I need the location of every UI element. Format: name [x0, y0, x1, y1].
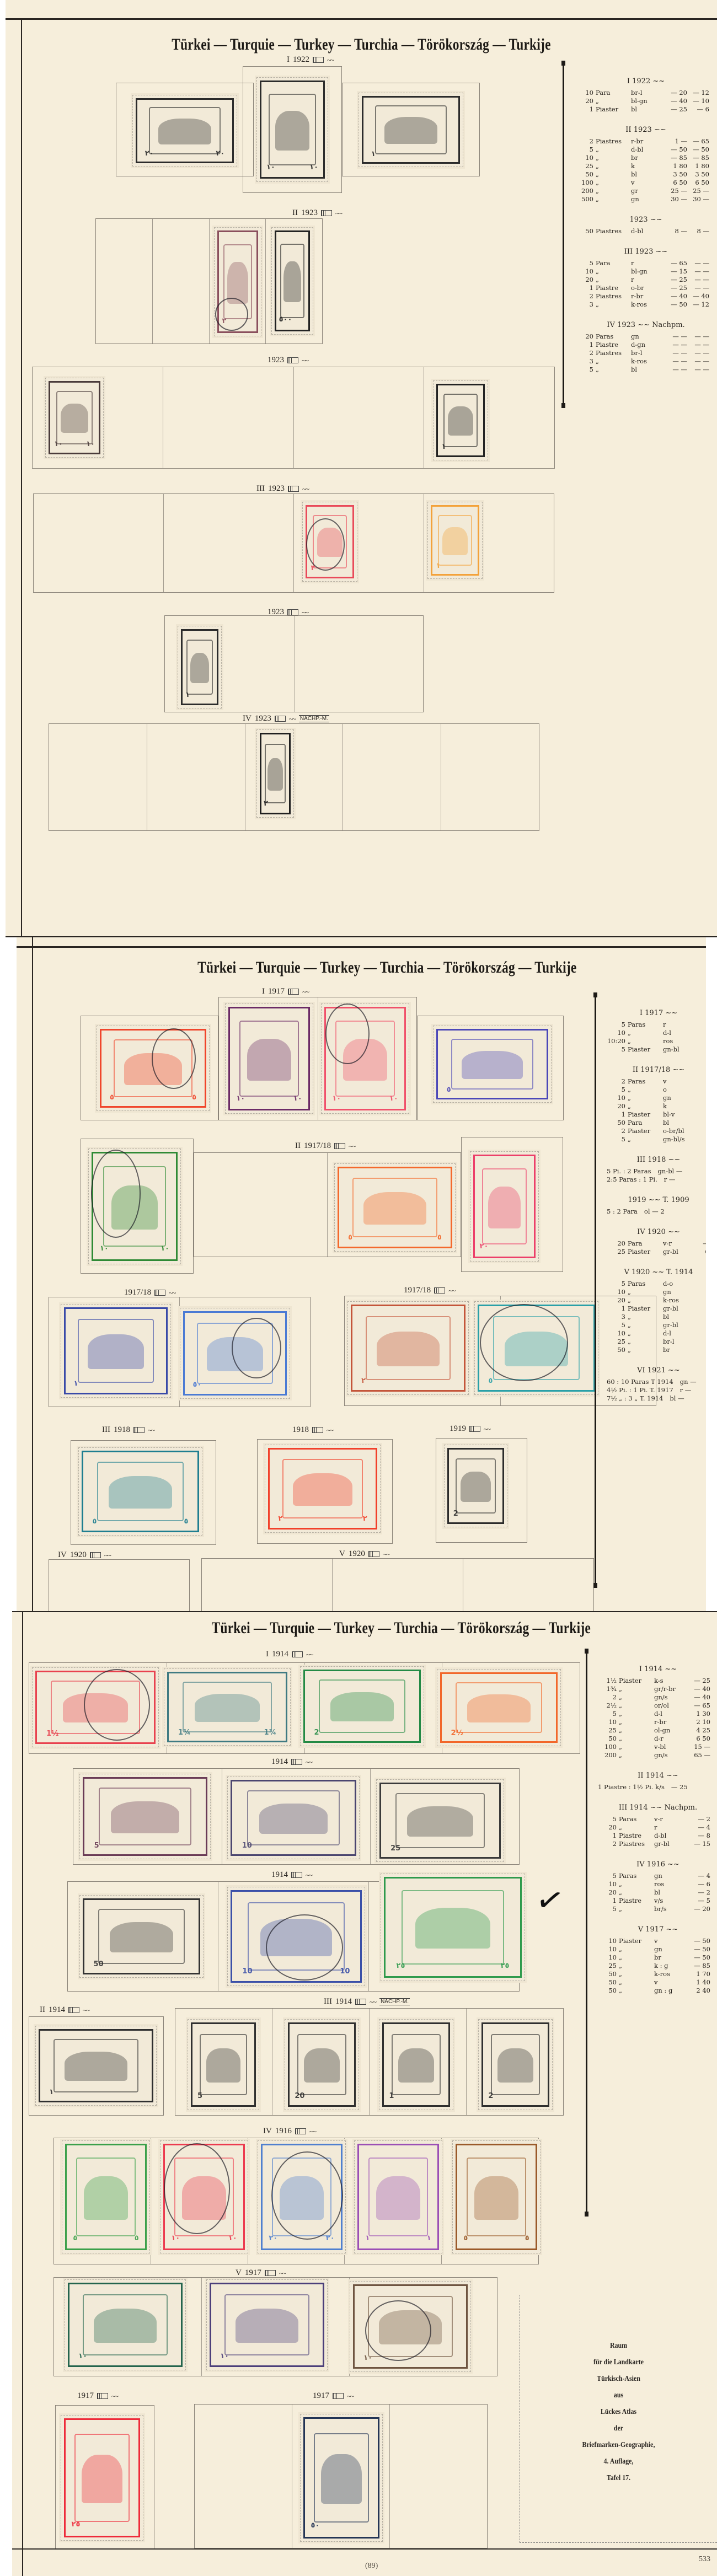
set-header: IV1916~~ — [263, 2127, 316, 2136]
perforation-icon — [154, 1290, 165, 1296]
catalog-row: 10„br— 50— — [598, 1954, 717, 1962]
stamp[interactable]: ٥٥ — [97, 1026, 210, 1111]
stamp[interactable]: ١١ — [354, 2140, 442, 2253]
catalog-group: I 1917 ~~5Parasr—210„d-l—210:20„ros—35Pi… — [607, 1009, 706, 1054]
catalog-row: 10Parabr-l— 20— 12 — [575, 89, 717, 97]
watermark-icon: ~~ — [148, 1426, 154, 1435]
stamp[interactable]: ١٠ — [206, 2279, 328, 2370]
perforation-icon — [355, 1999, 366, 2005]
catalog-row: 50„bl3 503 50 — [575, 170, 717, 179]
catalog-row: 1½Piasterk-s— 25— — [598, 1677, 717, 1685]
page-left-rule — [21, 18, 22, 937]
catalog-group-title: I 1922 ~~ — [575, 77, 717, 85]
set-header: IV1923~~NACHP.-M. — [243, 714, 329, 723]
catalog-group: II 1914 ~~1 Piastre : 1½ Pi. k/s— 25 — [598, 1772, 717, 1791]
watermark-icon: ~~ — [484, 1425, 490, 1434]
watermark-icon: ~~ — [104, 1551, 111, 1560]
perforation-icon — [295, 2128, 306, 2134]
catalog-group-title: I 1917 ~~ — [607, 1009, 706, 1017]
perforation-icon — [288, 989, 299, 995]
catalog-row: 50„d-r6 502 — [598, 1735, 717, 1743]
stamp[interactable]: ٥٠ — [300, 2414, 383, 2542]
perforation-icon — [265, 2270, 276, 2276]
set-header: V1920~~ — [339, 1549, 389, 1559]
catalog-row: 2„gn/s— 40— — [598, 1693, 717, 1702]
stamp[interactable]: ١ — [433, 380, 488, 460]
stamp-row-frame — [201, 1558, 594, 1616]
catalog-group: II 1917/18 ~~2Parasv—25„o—210„gn—220„k—2… — [607, 1066, 706, 1144]
watermark-icon: ~~ — [309, 2127, 316, 2136]
catalog-row: 5„o—2 — [607, 1086, 706, 1094]
stamp[interactable]: 2½ — [437, 1669, 561, 1746]
stamp[interactable]: ١ — [61, 1304, 171, 1398]
catalog-row: 100„v-bl15 —5 — [598, 1743, 717, 1751]
stamp[interactable]: ١٠١٠ — [45, 378, 104, 458]
catalog-row: 50Piastresd-bl8 —8 — — [575, 227, 717, 235]
page-number: (89) — [365, 2562, 378, 2570]
page-title: Türkei — Turquie — Turkey — Turchia — Tö… — [93, 958, 630, 977]
catalog-row: 20„bl— 2— — [598, 1888, 717, 1897]
map-placeholder: Raumfür die LandkarteTürkisch-AsienausLü… — [520, 2295, 717, 2543]
stamp[interactable]: 20 — [285, 2019, 359, 2110]
catalog-row: 5„d-bl— 50— 50 — [575, 146, 717, 154]
catalog-group: IV 1916 ~~5Parasgn— 4—10„ros— 6—20„bl— 2… — [598, 1860, 717, 1913]
perforation-icon — [312, 1427, 323, 1433]
catalog-row: 5„gn-bl/s—15 — [607, 1135, 706, 1144]
catalog-row: 5„br/s— 20— — [598, 1905, 717, 1913]
watermark-icon: ~~ — [306, 1758, 312, 1767]
catalog-row: 10Piasterv— 50— — [598, 1937, 717, 1945]
perforation-icon — [321, 210, 332, 216]
catalog-row: 7½ „ : 3 „ T. 1914bl — — [607, 1394, 706, 1403]
set-header: III1914~~NACHP.-M. — [324, 1997, 410, 2006]
catalog-row: 10„gn— 50— — [598, 1945, 717, 1954]
catalog-row: 10„ros— 6— — [598, 1880, 717, 1888]
catalog-row: 2Piastresr-br1 —— 65 — [575, 137, 717, 146]
stamp[interactable]: ٢٢ — [265, 1445, 381, 1533]
album-page-1917-1921: Türkei — Turquie — Turkey — Turchia — Tö… — [17, 937, 706, 1616]
set-header: 1917~~ — [313, 2391, 354, 2401]
catalog-price-list: I 1914 ~~1½Piasterk-s— 25—1¾„gr/r-br— 40… — [586, 1649, 717, 2217]
page-top-rule — [6, 18, 717, 20]
stamp[interactable]: ٥٥ — [334, 1163, 456, 1252]
catalog-row: 500„gn30 —30 — — [575, 195, 717, 203]
set-header: 1917/18~~ — [404, 1286, 455, 1295]
set-header: 1917/18~~ — [124, 1288, 175, 1297]
catalog-row: 1Piasterbl— 25— 6 — [575, 105, 717, 114]
catalog-price-list: I 1917 ~~5Parasr—210„d-l—210:20„ros—35Pi… — [595, 992, 706, 1588]
stamp[interactable]: ٢ — [347, 1301, 469, 1395]
perforation-icon — [90, 1552, 101, 1558]
catalog-row: 1Piastreo-br— 25— — — [575, 284, 717, 292]
perforation-icon — [313, 57, 324, 63]
perforation-icon — [291, 1759, 302, 1765]
catalog-group: II 1923 ~~2Piastresr-br1 —— 655„d-bl— 50… — [575, 126, 717, 203]
watermark-icon: ~~ — [306, 1871, 312, 1880]
stamp[interactable]: ١ — [427, 502, 483, 579]
catalog-group-title: IV 1923 ~~ Nachpm. — [575, 321, 717, 329]
watermark-icon: ~~ — [302, 988, 309, 996]
catalog-group-title: I 1914 ~~ — [598, 1665, 717, 1673]
page-top-rule — [17, 946, 706, 948]
catalog-row: 10„d-l—40 — [607, 1329, 706, 1338]
stamp[interactable]: ٥ — [433, 1026, 552, 1103]
stamp[interactable]: ٥ — [474, 1301, 598, 1395]
stamp[interactable]: ٥٥ — [78, 1447, 202, 1536]
page-left-rule — [32, 937, 33, 1616]
perforation-icon — [287, 357, 298, 363]
stamp[interactable]: 25 — [376, 1779, 504, 1862]
catalog-group-title: III 1914 ~~ Nachpm. — [598, 1804, 717, 1812]
catalog-row: 25„ol-gn4 251 — [598, 1726, 717, 1735]
catalog-group-title: 1919 ~~ T. 1909 — [607, 1196, 706, 1204]
stamp[interactable]: 50 — [79, 1895, 204, 1978]
watermark-icon: ~~ — [448, 1286, 455, 1295]
watermark-icon: ~~ — [302, 485, 309, 493]
stamp[interactable]: ٢٠٢٠ — [132, 95, 237, 167]
catalog-group-title: II 1923 ~~ — [575, 126, 717, 134]
catalog-row: 50„v1 40— — [598, 1978, 717, 1987]
catalog-group: IV 1920 ~~20Parav-r— 1525Piastergr-bl6 5… — [607, 1228, 706, 1256]
set-header: I1917~~ — [262, 987, 309, 996]
catalog-row: 3„k-ros— —— — — [575, 357, 717, 366]
catalog-row: 3„bl—12 — [607, 1313, 706, 1321]
catalog-row: 5„d-l1 30— — [598, 1710, 717, 1718]
watermark-icon: ~~ — [327, 1426, 333, 1435]
page-title: Türkei — Turquie — Turkey — Turchia — Tö… — [90, 1619, 640, 1638]
check-mark: ✓ — [532, 1879, 568, 1923]
catalog-group: IV 1923 ~~ Nachpm.20Parasgn— —— —1Piastr… — [575, 321, 717, 374]
watermark-icon: ~~ — [279, 2269, 286, 2278]
perforation-icon — [275, 716, 286, 722]
catalog-row: 1¾„gr/r-br— 40— — [598, 1685, 717, 1693]
catalog-group: I 1922 ~~10Parabr-l— 20— 1220„bl-gn— 40—… — [575, 77, 717, 114]
set-header: II1914~~ — [40, 2005, 89, 2015]
album-page-1923: Türkei — Turquie — Turkey — Turchia — Tö… — [6, 0, 717, 937]
set-header: I1922~~ — [287, 55, 334, 65]
catalog-row: 20Parav-r— 15 — [607, 1239, 706, 1248]
perforation-icon — [68, 2007, 79, 2013]
catalog-group: III 1918 ~~5 Pi. : 2 Parasgn-bl —2:5 Par… — [607, 1156, 706, 1184]
catalog-group: V 1917 ~~10Piasterv— 50—10„gn— 50—10„br—… — [598, 1925, 717, 1995]
catalog-row: 50Parabl—6 — [607, 1119, 706, 1127]
catalog-price-list: I 1922 ~~10Parabr-l— 20— 1220„bl-gn— 40—… — [563, 61, 717, 408]
perforation-icon — [368, 1551, 379, 1557]
stamp[interactable]: 1010 — [227, 1887, 365, 1986]
catalog-row: 1Piastred-gn— —— — — [575, 341, 717, 349]
perforation-icon — [334, 1143, 345, 1149]
catalog-group: III 1923 ~~5Parar— 65— —10„bl-gn— 15— —2… — [575, 248, 717, 309]
watermark-icon: ~~ — [306, 1650, 313, 1659]
perforation-icon — [133, 1427, 145, 1433]
stamp[interactable]: ٢ — [256, 729, 294, 818]
stamp[interactable]: ١ — [35, 2026, 157, 2106]
stamp[interactable]: ١٠ — [65, 2279, 186, 2370]
catalog-group-title: IV 1920 ~~ — [607, 1228, 706, 1236]
perforation-icon — [287, 609, 298, 615]
catalog-group: VI 1921 ~~60 : 10 Paras T 1914gn —4½ Pi.… — [607, 1366, 706, 1403]
catalog-row: 60 : 10 Paras T 1914gn — — [607, 1378, 706, 1386]
stamp-space — [49, 1559, 190, 1616]
catalog-row: 10„d-l—2 — [607, 1029, 706, 1037]
catalog-row: 4½ Pi. : 1 Pi. T. 1917r — — [607, 1386, 706, 1394]
catalog-row: 10„br— 85— 85 — [575, 154, 717, 162]
stamp[interactable]: ٥٠ — [180, 1308, 290, 1399]
catalog-group-title: III 1923 ~~ — [575, 248, 717, 256]
catalog-row: 5 Pi. : 2 Parasgn-bl — — [607, 1167, 706, 1176]
stamp[interactable]: ١٠ — [350, 2281, 471, 2372]
perforation-icon — [469, 1426, 480, 1432]
stamp[interactable]: ٥٥ — [62, 2140, 150, 2253]
watermark-icon: ~~ — [327, 56, 334, 65]
catalog-row: 20„bl-gn— 40— 10 — [575, 97, 717, 105]
catalog-bracket — [563, 61, 564, 408]
catalog-group-title: V 1920 ~~ T. 1914 — [607, 1268, 706, 1276]
catalog-row: 10„gn—2 — [607, 1094, 706, 1102]
stamp[interactable]: ١٠١٠ — [256, 77, 328, 182]
stamp[interactable]: ٢٠٢٠ — [258, 2140, 346, 2253]
stamp[interactable]: ١٠١٠ — [160, 2140, 248, 2253]
page-title: Türkei — Turquie — Turkey — Turchia — Tö… — [84, 35, 639, 54]
catalog-row: 2½„or/ol— 65— — [598, 1702, 717, 1710]
catalog-group-title: II 1914 ~~ — [598, 1772, 717, 1780]
stamp[interactable]: 5 — [79, 1774, 211, 1859]
catalog-row: 100„v6 506 50 — [575, 179, 717, 187]
catalog-group: I 1914 ~~1½Piasterk-s— 25—1¾„gr/r-br— 40… — [598, 1665, 717, 1759]
catalog-row: 1Piasterbl-v—5 — [607, 1110, 706, 1119]
catalog-row: 10„r-br2 10— — [598, 1718, 717, 1726]
catalog-group-title: III 1918 ~~ — [607, 1156, 706, 1164]
catalog-row: 5„bl— —— — — [575, 366, 717, 374]
catalog-row: 50„br2— — [607, 1346, 706, 1354]
watermark-icon: ~~ — [289, 715, 296, 723]
catalog-row: 3„k-ros— 50— 12 — [575, 300, 717, 309]
catalog-row: 5Parasgn— 4— — [598, 1872, 717, 1880]
watermark-icon: ~~ — [111, 2392, 118, 2401]
stamp[interactable]: 5 — [188, 2019, 259, 2110]
catalog-row: 5„gr-bl—25 — [607, 1321, 706, 1329]
catalog-row: 1 Piastre : 1½ Pi. k/s— 25 — [598, 1783, 717, 1791]
catalog-row: 5Piastergn-bl—25 — [607, 1045, 706, 1054]
stamp[interactable]: ٢٥ — [61, 2415, 143, 2541]
set-header: V1917~~ — [236, 2268, 286, 2278]
stamp[interactable]: 1 — [379, 2019, 453, 2110]
catalog-row: 2Piastero-br/bl—12 — [607, 1127, 706, 1135]
catalog-row: 1Piastred-bl— 8— — [598, 1832, 717, 1840]
stamp[interactable]: ١ — [358, 93, 463, 167]
catalog-row: 1Piastergr-bl—5 — [607, 1305, 706, 1313]
catalog-row: 20Parasgn— —— — — [575, 332, 717, 341]
catalog-row: 5 : 2 Paraol — 2 — [607, 1207, 706, 1216]
catalog-row: 20„k—2 — [607, 1102, 706, 1110]
page-bottom-rule — [12, 2548, 717, 2550]
stamp[interactable]: ٥٥ — [452, 2140, 541, 2253]
album-page-1914-1917: Türkei — Turquie — Turkey — Turchia — Tö… — [12, 1611, 717, 2576]
perforation-icon — [292, 1651, 303, 1657]
catalog-row: 2Piastresbr-l— —— — — [575, 349, 717, 357]
watermark-icon: ~~ — [370, 1998, 376, 2006]
catalog-row: 10„bl-gn— 15— — — [575, 267, 717, 276]
set-header: 1914~~ — [271, 1757, 312, 1767]
catalog-group: 1919 ~~ T. 19095 : 2 Paraol — 2 — [607, 1196, 706, 1216]
stamp[interactable]: ١٠١٠ — [225, 1003, 313, 1114]
stamp[interactable]: 2 — [444, 1445, 507, 1527]
set-header: 1914~~ — [271, 1870, 312, 1880]
set-header: 1917~~ — [77, 2391, 118, 2401]
watermark-icon: ~~ — [302, 356, 308, 365]
catalog-row: 20„k-ros—3 — [607, 1296, 706, 1305]
watermark-icon: ~~ — [335, 209, 342, 218]
page-top-rule — [12, 1611, 717, 1612]
catalog-group-title: VI 1921 ~~ — [607, 1366, 706, 1375]
set-header: 1923~~ — [267, 356, 308, 365]
stamp[interactable]: ١٠١٠ — [321, 1003, 409, 1114]
catalog-row: 2Piastresgr-bl— 15— — [598, 1840, 717, 1848]
catalog-group: III 1914 ~~ Nachpm.5Parasv-r— 2—20„r— 4—… — [598, 1804, 717, 1848]
corner-number: 533 — [699, 2555, 710, 2564]
catalog-group: V 1920 ~~ T. 19145Parasd-o—210„gn—320„k-… — [607, 1268, 706, 1354]
catalog-group-title: 1923 ~~ — [575, 216, 717, 224]
watermark-icon: ~~ — [83, 2006, 89, 2015]
catalog-row: 25„br-l1— — [607, 1338, 706, 1346]
catalog-group: 1923 ~~50Piastresd-bl8 —8 — — [575, 216, 717, 235]
set-header: I1914~~ — [266, 1650, 313, 1659]
catalog-row: 10„gn—3 — [607, 1288, 706, 1296]
stamp[interactable]: 10 — [227, 1777, 360, 1859]
stamp[interactable]: 1½ — [32, 1667, 159, 1747]
catalog-row: 2:5 Paras : 1 Pi.r — — [607, 1176, 706, 1184]
catalog-row: 200„gr25 —25 — — [575, 187, 717, 195]
perforation-icon — [333, 2393, 344, 2399]
catalog-row: 25„k1 801 80 — [575, 162, 717, 170]
watermark-icon: ~~ — [349, 1142, 355, 1151]
catalog-row: 50„k-ros1 70— — [598, 1970, 717, 1978]
watermark-icon: ~~ — [347, 2392, 354, 2401]
catalog-row: 1Piastrev/s— 5— — [598, 1897, 717, 1905]
stamp-row-frame — [49, 723, 539, 831]
catalog-row: 20„r— 25— — — [575, 276, 717, 284]
catalog-bracket — [595, 992, 596, 1588]
set-header: III1923~~ — [256, 484, 309, 493]
page-left-rule — [22, 1611, 23, 2576]
stamp[interactable]: ١ — [178, 626, 222, 709]
stamp[interactable]: 2 — [478, 2019, 553, 2110]
set-header: 1919~~ — [450, 1424, 490, 1434]
set-header: IV1920~~ — [58, 1550, 111, 1560]
catalog-row: 5Parasr—2 — [607, 1021, 706, 1029]
perforation-icon — [434, 1287, 445, 1294]
stamp[interactable]: ٢٥٢٥ — [381, 1874, 525, 1981]
catalog-bracket — [586, 1649, 587, 2217]
catalog-group-title: V 1917 ~~ — [598, 1925, 717, 1934]
catalog-row: 200„gn/s65 —45 — [598, 1751, 717, 1759]
map-note: Raumfür die LandkarteTürkisch-AsienausLü… — [535, 2338, 702, 2487]
stamp[interactable]: ١٠١٠ — [88, 1149, 181, 1264]
perforation-icon — [97, 2393, 108, 2399]
stamp[interactable]: ٢ — [302, 502, 357, 582]
set-header: III1918~~ — [102, 1425, 154, 1435]
catalog-row: 50„gn : g2 401 — [598, 1987, 717, 1995]
catalog-group-title: IV 1916 ~~ — [598, 1860, 717, 1869]
set-header: II1923~~ — [292, 208, 342, 218]
stamp[interactable]: ٥٠٠ — [271, 227, 313, 335]
perforation-icon — [291, 1872, 302, 1878]
catalog-row: 25„k : g— 85— — [598, 1962, 717, 1970]
stamp[interactable]: 2 — [300, 1666, 424, 1746]
set-header: 1918~~ — [292, 1425, 333, 1435]
watermark-icon: ~~ — [383, 1550, 389, 1559]
catalog-row: 5Parar— 65— — — [575, 259, 717, 267]
stamp[interactable]: ٢٠ — [470, 1151, 539, 1262]
catalog-row: 2Parasv—2 — [607, 1077, 706, 1086]
watermark-icon: ~~ — [169, 1289, 175, 1297]
catalog-row: 2Piastresr-br— 40— 40 — [575, 292, 717, 300]
catalog-row: 10:20„ros—3 — [607, 1037, 706, 1045]
catalog-group-title: II 1917/18 ~~ — [607, 1066, 706, 1074]
catalog-row: 20„r— 4— — [598, 1823, 717, 1832]
catalog-row: 5Parasd-o—2 — [607, 1280, 706, 1288]
perforation-icon — [288, 486, 299, 492]
set-header: II1917/18~~ — [295, 1141, 355, 1151]
catalog-row: 25Piastergr-bl6 50 — [607, 1248, 706, 1256]
catalog-row: 5Parasv-r— 2— — [598, 1815, 717, 1823]
stamp[interactable]: ٢ — [214, 227, 261, 336]
stamp[interactable]: 1¾1¾ — [164, 1668, 291, 1746]
